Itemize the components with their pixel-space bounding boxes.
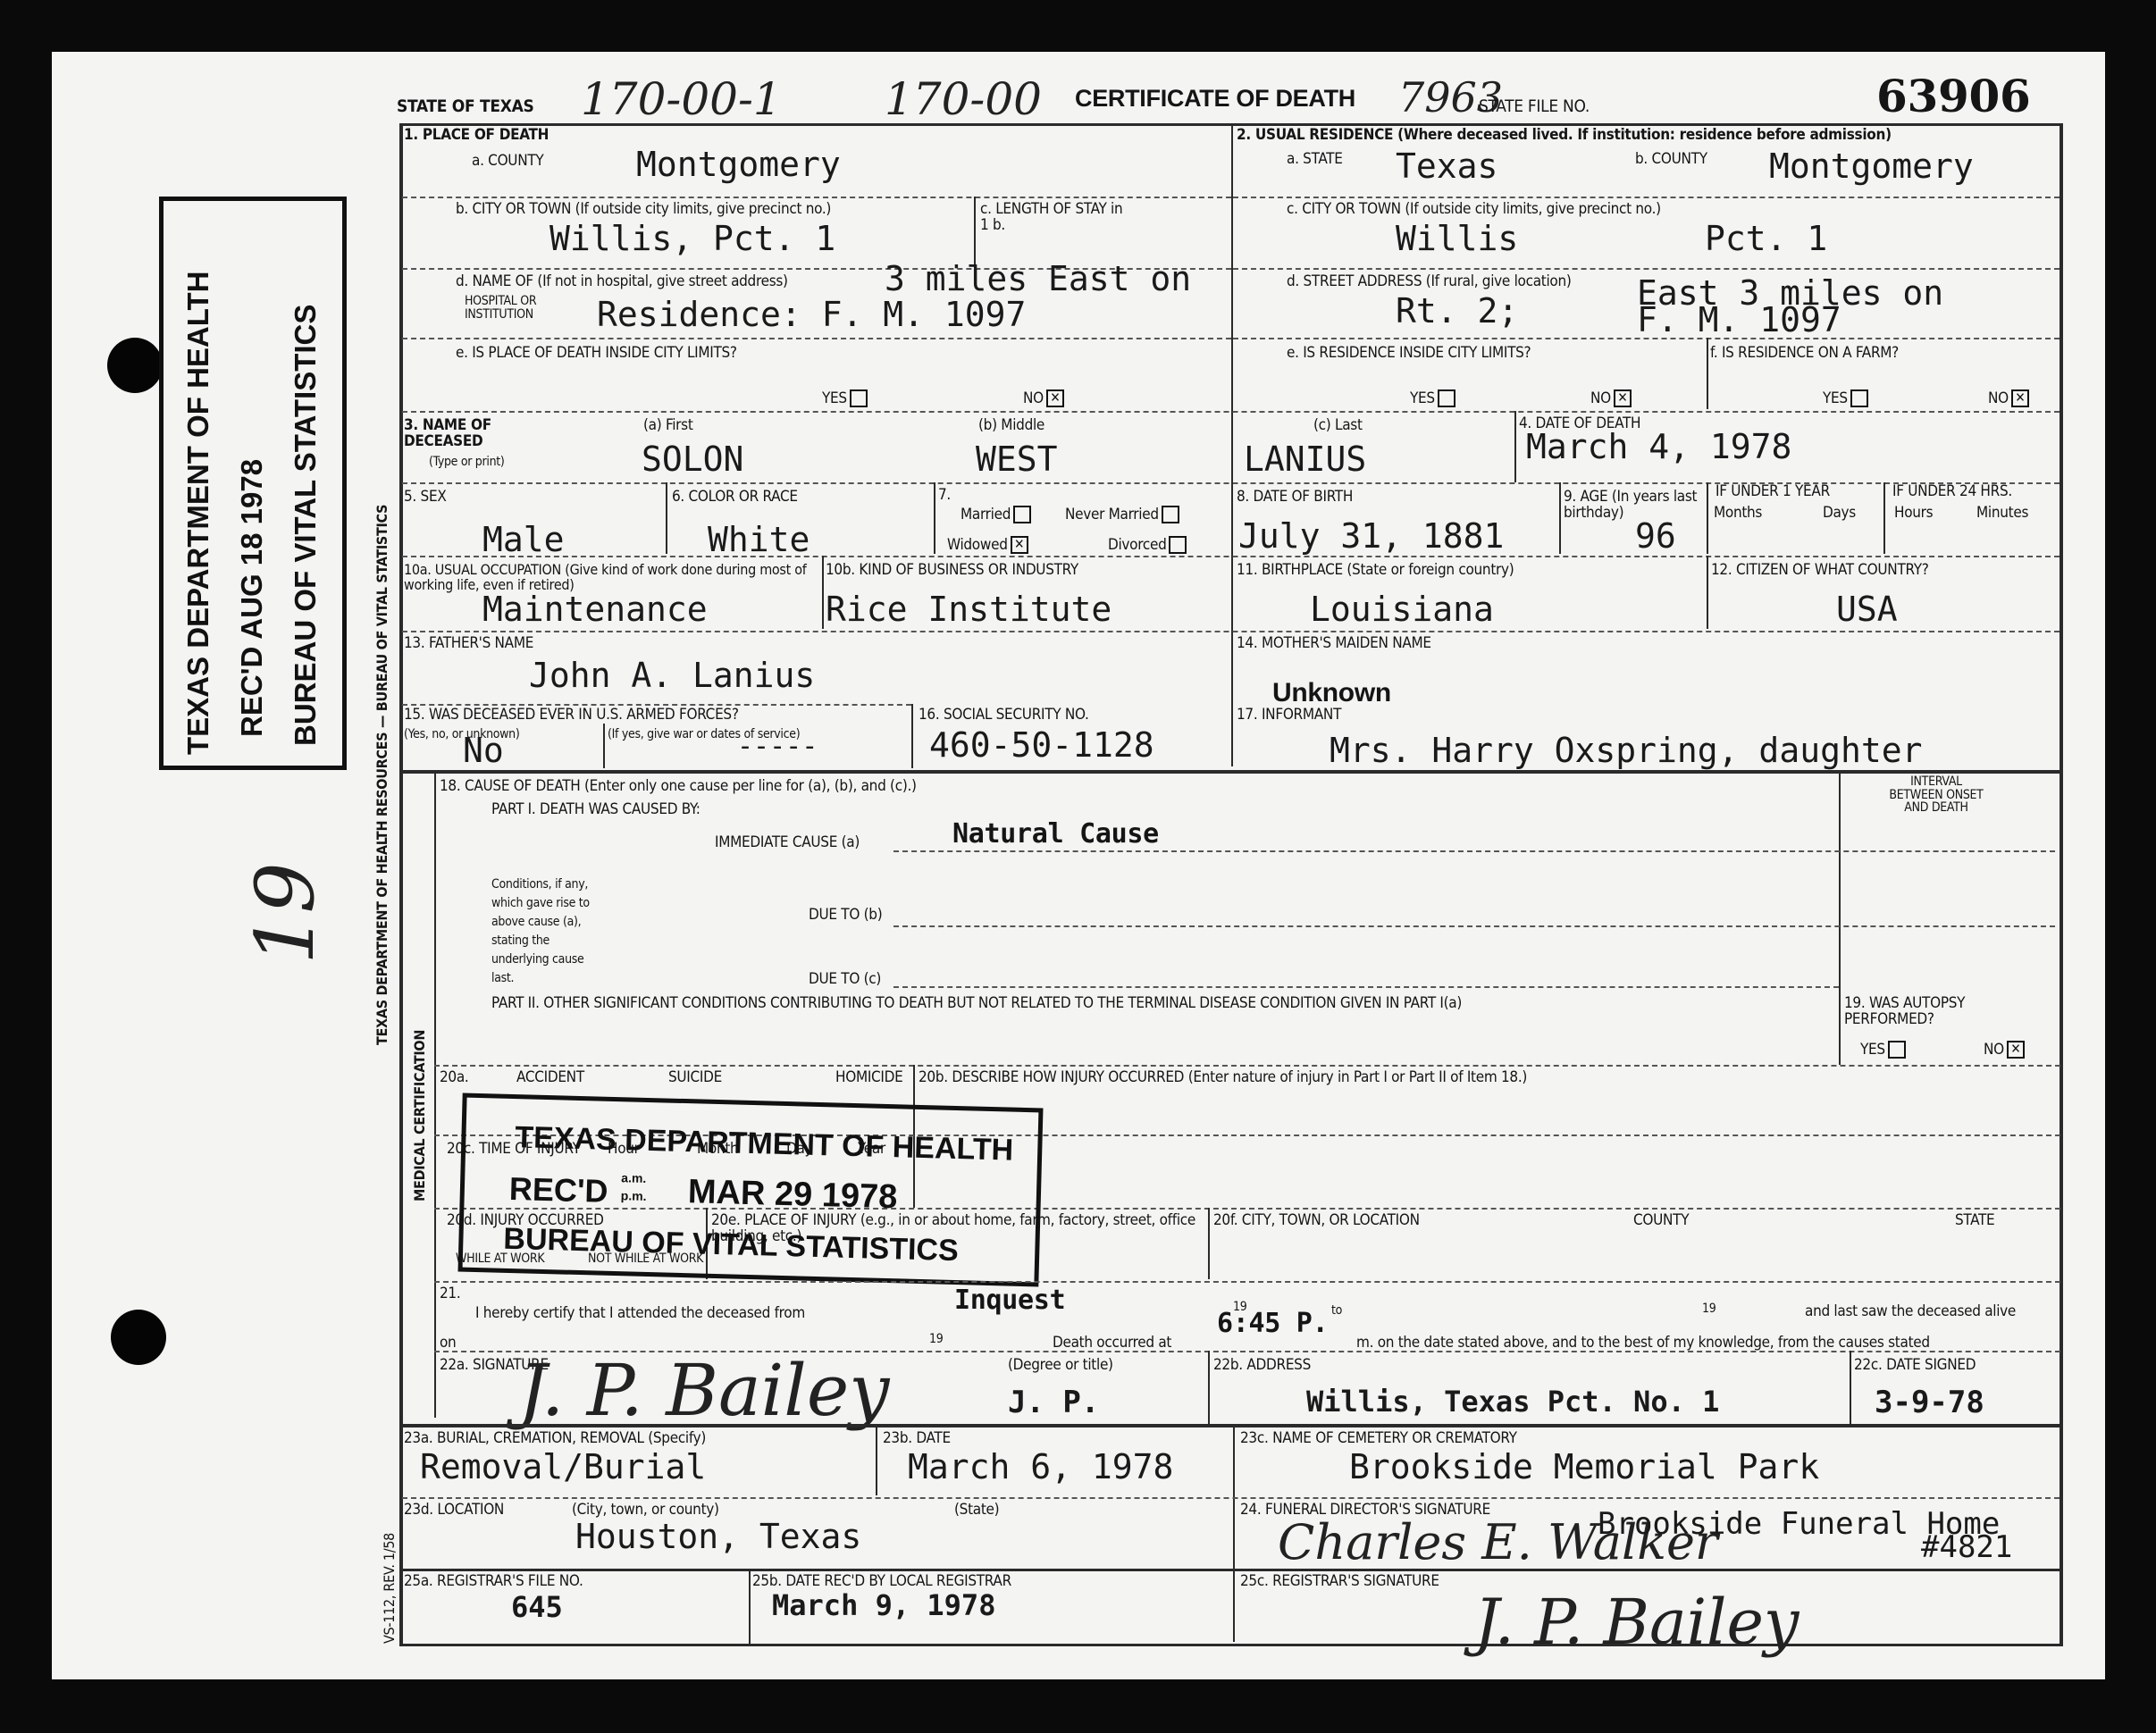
divider xyxy=(1208,1351,1210,1424)
residence-county-value: Montgomery xyxy=(1769,147,1974,186)
field-label: m. on the date stated above, and to the … xyxy=(1356,1335,1930,1352)
state-file-number: 63906 xyxy=(1876,73,2030,121)
field-label: and last saw the deceased alive xyxy=(1805,1304,2016,1320)
line xyxy=(893,850,2055,852)
row-divider xyxy=(434,1065,2060,1067)
stamp-line: REC'D xyxy=(508,1170,608,1210)
field-label: 10a. USUAL OCCUPATION (Give kind of work… xyxy=(404,563,824,593)
row-divider xyxy=(402,197,1231,198)
ssn-value: 460-50-1128 xyxy=(929,725,1154,765)
farm-no[interactable]: NO✕ xyxy=(1988,389,2029,407)
age-value: 96 xyxy=(1635,516,1676,556)
stamp-ampm: a.m. p.m. xyxy=(621,1169,648,1205)
inside-city-yes[interactable]: YES xyxy=(822,389,868,407)
field-label: 20b. DESCRIBE HOW INJURY OCCURRED (Enter… xyxy=(919,1070,1527,1086)
field-label: (b) Middle xyxy=(978,418,1044,434)
field-label: 8. DATE OF BIRTH xyxy=(1237,490,1353,506)
field-label: 13. FATHER'S NAME xyxy=(404,636,533,652)
field-label: (Degree or title) xyxy=(1008,1358,1113,1374)
residence-precinct-value: Pct. 1 xyxy=(1705,219,1827,258)
field-label: INTERVAL BETWEEN ONSET AND DEATH xyxy=(1887,775,1985,815)
farm-yes[interactable]: YES xyxy=(1823,389,1868,407)
field-label: c. CITY OR TOWN (If outside city limits,… xyxy=(1287,202,1661,218)
divider xyxy=(1514,411,1516,482)
field-label: a. COUNTY xyxy=(472,154,543,170)
divider xyxy=(1850,1351,1851,1424)
registrar-date-value: March 9, 1978 xyxy=(772,1588,995,1622)
divider xyxy=(1231,123,1233,766)
row-divider xyxy=(1233,268,2060,270)
field-label: I hereby certify that I attended the dec… xyxy=(475,1306,805,1322)
sex-value: Male xyxy=(482,520,565,559)
field-label: STATE xyxy=(1955,1213,1994,1229)
field-label: a. STATE xyxy=(1287,152,1343,168)
business-value: Rice Institute xyxy=(826,590,1112,629)
field-label: 14. MOTHER'S MAIDEN NAME xyxy=(1237,636,1431,652)
field-label: COUNTY xyxy=(1633,1213,1689,1229)
field-label: b. COUNTY xyxy=(1635,152,1707,168)
stamp-date: MAR 29 1978 xyxy=(687,1173,898,1217)
state-label: STATE OF TEXAS xyxy=(397,98,534,116)
row-divider xyxy=(1233,338,2060,339)
section-label: 1. PLACE OF DEATH xyxy=(404,128,549,144)
funeral-home-number: #4821 xyxy=(1921,1529,2012,1565)
handwritten-code: 170-00 xyxy=(885,73,1042,125)
stamp-line: TEXAS DEPARTMENT OF HEALTH xyxy=(515,1120,1014,1168)
line xyxy=(893,986,1839,988)
received-stamp-aug: TEXAS DEPARTMENT OF HEALTH REC'D AUG 18 … xyxy=(159,197,347,770)
street-value: Rt. 2; xyxy=(1396,291,1518,331)
last-name-value: LANIUS xyxy=(1244,440,1366,479)
field-label: Minutes xyxy=(1976,506,2028,522)
date-signed-value: 3-9-78 xyxy=(1875,1385,1984,1420)
informant-value: Mrs. Harry Oxspring, daughter xyxy=(1330,731,1922,770)
date-of-birth-value: July 31, 1881 xyxy=(1238,516,1504,556)
field-label: Months xyxy=(1714,506,1762,522)
field-label: DUE TO (b) xyxy=(809,908,882,924)
field-label: f. IS RESIDENCE ON A FARM? xyxy=(1710,346,1899,362)
divider xyxy=(1208,1208,1210,1279)
field-label: 22b. ADDRESS xyxy=(1213,1358,1311,1374)
injury-suicide[interactable]: SUICIDE xyxy=(668,1070,722,1086)
divider xyxy=(974,197,976,268)
residence-city-value: Willis xyxy=(1396,219,1518,258)
disposition-date-value: March 6, 1978 xyxy=(908,1447,1173,1486)
date-of-death-value: March 4, 1978 xyxy=(1526,427,1791,466)
inside-city-no[interactable]: NO✕ xyxy=(1023,389,1064,407)
divider xyxy=(749,1569,751,1644)
disposition-value: Removal/Burial xyxy=(420,1447,706,1486)
field-label: 23b. DATE xyxy=(883,1431,951,1447)
residence-state-value: Texas xyxy=(1396,147,1497,186)
divider xyxy=(1231,482,1233,554)
residence-inside-yes[interactable]: YES xyxy=(1410,389,1456,407)
divider xyxy=(1707,338,1708,409)
frame-left xyxy=(399,123,403,1646)
row-divider xyxy=(1233,197,2060,198)
field-label: 19. WAS AUTOPSY PERFORMED? xyxy=(1844,996,2050,1028)
field-label: 19 xyxy=(929,1333,943,1346)
divider xyxy=(911,704,913,768)
divider xyxy=(1707,556,1708,629)
divider xyxy=(434,770,436,1418)
injury-accident[interactable]: ACCIDENT xyxy=(516,1070,584,1086)
stamp-date: REC'D AUG 18 1978 xyxy=(235,459,269,737)
autopsy-no[interactable]: NO✕ xyxy=(1984,1041,2025,1059)
field-label: (a) First xyxy=(643,418,693,434)
registrar-signature: J. P. Bailey xyxy=(1474,1586,1799,1659)
residence-inside-no[interactable]: NO✕ xyxy=(1590,389,1632,407)
form-number: VS-112, REV. 1/58 xyxy=(382,1533,398,1644)
document-title: CERTIFICATE OF DEATH xyxy=(1075,86,1355,111)
field-label: 15. WAS DECEASED EVER IN U.S. ARMED FORC… xyxy=(404,707,739,724)
hospital-value: 3 miles East on xyxy=(885,259,1191,298)
divider xyxy=(876,1424,877,1495)
field-label: 23c. NAME OF CEMETERY OR CREMATORY xyxy=(1240,1431,1517,1447)
field-label: b. CITY OR TOWN (If outside city limits,… xyxy=(456,202,831,218)
armed-forces-value: No xyxy=(463,731,504,770)
field-label: IMMEDIATE CAUSE (a) xyxy=(715,835,860,851)
father-name-value: John A. Lanius xyxy=(529,656,815,695)
field-label: d. STREET ADDRESS (If rural, give locati… xyxy=(1287,274,1572,290)
field-label: Hours xyxy=(1894,506,1933,522)
physician-signature: J. P. Bailey xyxy=(518,1349,889,1432)
field-label: 11. BIRTHPLACE (State or foreign country… xyxy=(1237,563,1514,579)
field-label: PART II. OTHER SIGNIFICANT CONDITIONS CO… xyxy=(491,996,1462,1012)
occupation-value: Maintenance xyxy=(482,590,708,629)
first-name-value: SOLON xyxy=(642,440,743,479)
time-of-death-value: 6:45 P. xyxy=(1217,1310,1328,1338)
field-label: 20a. xyxy=(440,1070,469,1086)
field-label: 7. xyxy=(938,488,951,504)
stamp-line: TEXAS DEPARTMENT OF HEALTH xyxy=(181,272,215,755)
cemetery-value: Brookside Memorial Park xyxy=(1349,1447,1819,1486)
degree-value: J. P. xyxy=(1008,1385,1099,1420)
section-divider xyxy=(399,1424,2063,1427)
divider xyxy=(1707,482,1708,554)
field-label: e. IS RESIDENCE INSIDE CITY LIMITS? xyxy=(1287,346,1531,362)
certifier-address-value: Willis, Texas Pct. No. 1 xyxy=(1306,1385,1719,1419)
field-label: 6. COLOR OR RACE xyxy=(672,490,798,506)
field-label: 17. INFORMANT xyxy=(1237,707,1341,724)
field-label: d. NAME OF (If not in hospital, give str… xyxy=(456,274,788,290)
field-label: HOSPITAL OR INSTITUTION xyxy=(465,295,563,321)
section-divider xyxy=(399,770,2063,774)
divider xyxy=(1883,482,1885,554)
section-label: 18. CAUSE OF DEATH (Enter only one cause… xyxy=(440,779,917,795)
section-label: 2. USUAL RESIDENCE (Where deceased lived… xyxy=(1237,128,1892,144)
field-label: 12. CITIZEN OF WHAT COUNTRY? xyxy=(1711,563,1929,579)
handwritten-note: 19 xyxy=(239,862,332,965)
field-label: 3. NAME OF DECEASED xyxy=(404,418,502,450)
field-label: e. IS PLACE OF DEATH INSIDE CITY LIMITS? xyxy=(456,346,737,362)
field-label: Days xyxy=(1823,506,1856,522)
divider xyxy=(1233,1424,1235,1642)
row-divider xyxy=(402,1497,2060,1499)
autopsy-yes[interactable]: YES xyxy=(1860,1041,1906,1059)
margin-agency-text: TEXAS DEPARTMENT OF HEALTH RESOURCES — B… xyxy=(375,505,390,1045)
divider xyxy=(666,482,667,554)
field-label: IF UNDER 24 HRS. xyxy=(1892,484,2012,500)
field-label: 9. AGE (In years last birthday) xyxy=(1564,490,1702,522)
citizen-value: USA xyxy=(1836,590,1898,629)
row-divider xyxy=(402,411,2060,413)
marital-divorced[interactable]: Divorced xyxy=(1108,536,1187,554)
attended-from-value: Inquest xyxy=(954,1286,1065,1315)
received-stamp-mar: TEXAS DEPARTMENT OF HEALTH REC'D a.m. p.… xyxy=(457,1093,1043,1287)
field-label: 23d. LOCATION xyxy=(404,1503,504,1519)
handwritten-code: 170-00-1 xyxy=(581,73,782,125)
field-label: 19 xyxy=(1702,1302,1716,1316)
field-label: c. LENGTH OF STAY in 1 b. xyxy=(980,202,1123,234)
marital-married[interactable]: Married xyxy=(961,506,1031,523)
divider xyxy=(1839,770,1841,1065)
section-divider xyxy=(399,1569,2063,1571)
row-divider xyxy=(434,1281,2060,1283)
conditions-note: Conditions, if any, which gave rise to a… xyxy=(491,875,599,988)
birthplace-value: Louisiana xyxy=(1310,590,1494,629)
row-divider xyxy=(402,556,2060,557)
field-label: 23a. BURIAL, CREMATION, REMOVAL (Specify… xyxy=(404,1431,706,1447)
field-label: (State) xyxy=(954,1503,999,1519)
stamp-line: BUREAU OF VITAL STATISTICS xyxy=(289,305,323,746)
field-label: 21. xyxy=(440,1286,460,1302)
field-label: IF UNDER 1 YEAR xyxy=(1716,484,1830,500)
frame-bottom xyxy=(399,1644,2063,1646)
field-label: 16. SOCIAL SECURITY NO. xyxy=(919,707,1089,724)
state-file-label: STATE FILE NO. xyxy=(1479,98,1590,116)
death-city-value: Willis, Pct. 1 xyxy=(549,219,835,258)
row-divider xyxy=(402,631,2060,632)
field-label: 25a. REGISTRAR'S FILE NO. xyxy=(404,1574,583,1590)
divider xyxy=(603,724,605,768)
field-label: (c) Last xyxy=(1313,418,1363,434)
field-label: (Type or print) xyxy=(429,456,505,469)
race-value: White xyxy=(708,520,810,559)
death-county-value: Montgomery xyxy=(636,145,841,184)
field-label: to xyxy=(1331,1304,1342,1318)
middle-name-value: WEST xyxy=(976,440,1058,479)
marital-never-married[interactable]: Never Married xyxy=(1065,506,1179,523)
hospital-value: Residence: F. M. 1097 xyxy=(597,295,1026,334)
divider xyxy=(822,556,824,629)
field-label: 5. SEX xyxy=(404,490,447,506)
frame-right xyxy=(2060,123,2063,1646)
field-label: DUE TO (c) xyxy=(809,972,881,988)
immediate-cause-value: Natural Cause xyxy=(952,820,1159,849)
field-label: Death occurred at xyxy=(1053,1335,1171,1352)
field-label: 25c. REGISTRAR'S SIGNATURE xyxy=(1240,1574,1439,1590)
medical-certification-label: MEDICAL CERTIFICATION xyxy=(413,1030,428,1201)
punch-hole xyxy=(111,1310,166,1365)
field-label: 22c. DATE SIGNED xyxy=(1854,1358,1976,1374)
burial-location-value: Houston, Texas xyxy=(575,1517,861,1556)
marital-widowed[interactable]: Widowed✕ xyxy=(947,536,1028,554)
line xyxy=(893,925,2055,927)
divider xyxy=(934,482,935,554)
field-label: 20f. CITY, TOWN, OR LOCATION xyxy=(1213,1213,1420,1229)
street-value: F. M. 1097 xyxy=(1637,300,1841,339)
field-label: PART I. DEATH WAS CAUSED BY: xyxy=(491,802,700,818)
service-dates-value: ----- xyxy=(737,731,818,762)
punch-hole xyxy=(107,338,163,393)
injury-homicide[interactable]: HOMICIDE xyxy=(835,1070,902,1086)
field-label: 10b. KIND OF BUSINESS OR INDUSTRY xyxy=(826,563,1078,579)
divider xyxy=(1559,482,1561,554)
stamp-line: BUREAU OF VITAL STATISTICS xyxy=(503,1222,959,1268)
field-label: on xyxy=(440,1335,456,1352)
mother-maiden-name-value: Unknown xyxy=(1272,679,1391,707)
registrar-file-no-value: 645 xyxy=(511,1590,563,1624)
row-divider xyxy=(402,338,1231,339)
